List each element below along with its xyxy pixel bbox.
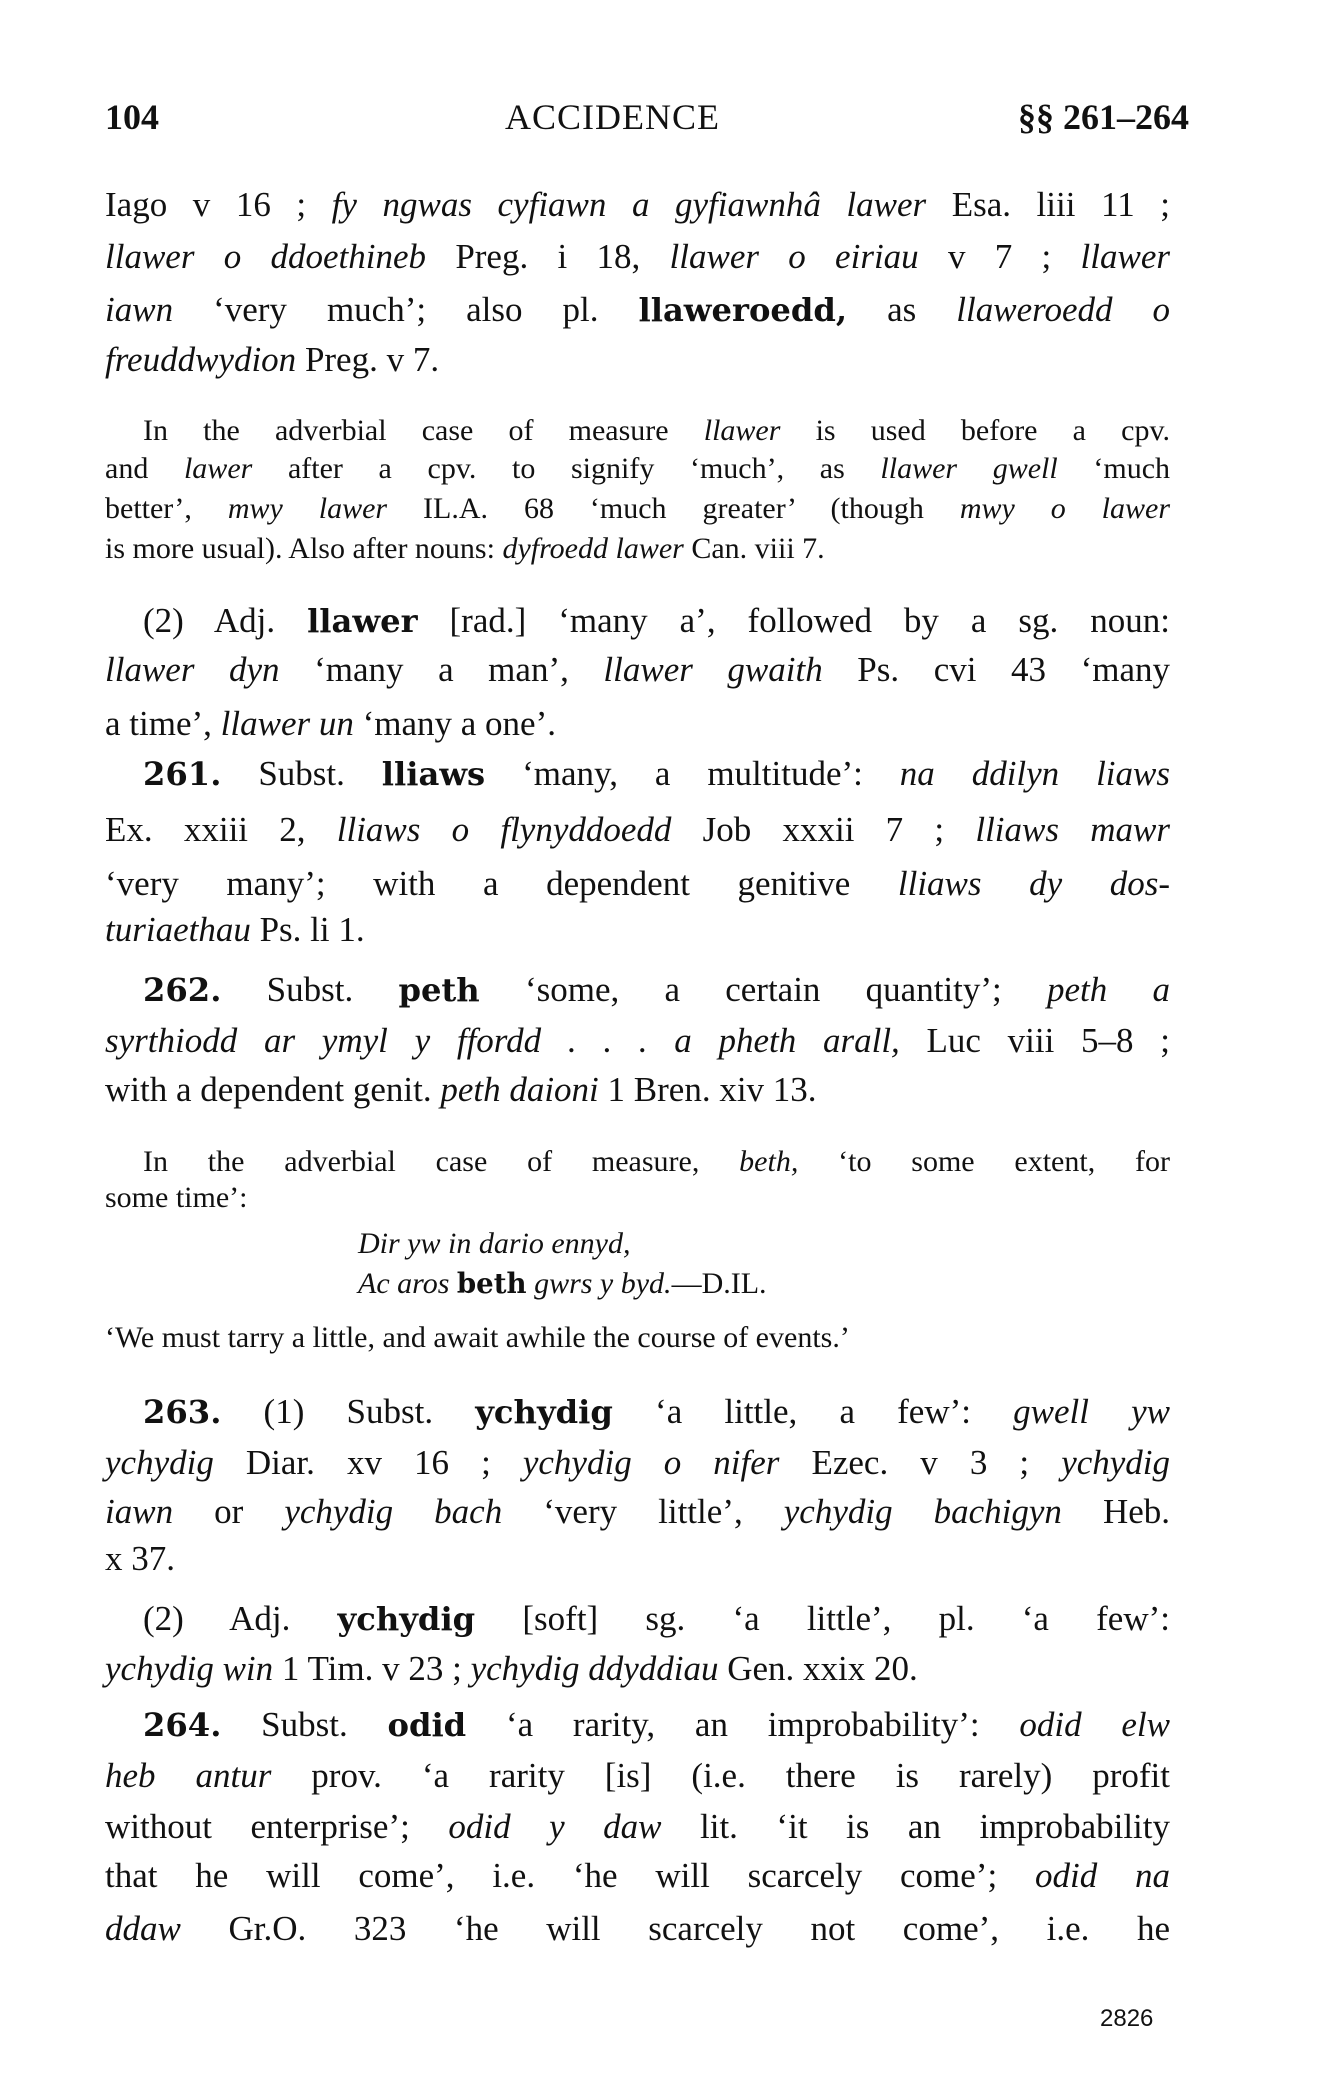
text-line: iawn or ychydig bach ‘very little’, ychy… xyxy=(105,1492,1170,1532)
italic-text: lliaws o flynyddoedd xyxy=(337,810,672,849)
italic-text: llawer un xyxy=(221,704,354,743)
roman-text: Preg. v 7. xyxy=(296,340,439,379)
text-line: that he will come’, i.e. ‘he will scarce… xyxy=(105,1856,1170,1896)
text-line: (2) Adj. llawer [rad.] ‘many a’, followe… xyxy=(105,601,1170,641)
roman-text: better’, xyxy=(105,492,228,525)
roman-text: or xyxy=(173,1492,284,1531)
section-range: §§ 261–264 xyxy=(1018,96,1189,138)
roman-text: Preg. i 18, xyxy=(426,237,670,276)
text-line: iawn ‘very much’; also pl. llaweroedd, a… xyxy=(105,290,1170,330)
italic-text: gwell yw xyxy=(1013,1392,1170,1431)
italic-text: ychydig ddyddiau xyxy=(471,1649,719,1688)
verse-line: Ac aros beth gwrs y byd.—D.IL. xyxy=(358,1267,767,1301)
text-line: In the adverbial case of measure llawer … xyxy=(105,414,1170,448)
roman-text: Heb. xyxy=(1062,1492,1170,1531)
italic-text: llaweroedd o xyxy=(956,290,1170,329)
text-line: x 37. xyxy=(105,1539,1170,1579)
roman-text: [rad.] ‘many a’, followed by a sg. noun: xyxy=(418,601,1170,640)
roman-text: Ezec. v 3 ; xyxy=(779,1443,1061,1482)
roman-text: Gr.O. 323 ‘he will scarcely not come’, i… xyxy=(181,1909,1170,1948)
italic-text: llawer dyn xyxy=(105,650,280,689)
roman-text: IL.A. 68 ‘much greater’ (though xyxy=(387,492,960,525)
italic-text: llawer o ddoethineb xyxy=(105,237,426,276)
roman-text: Subst. xyxy=(221,754,381,793)
italic-text: llawer o eiriau xyxy=(670,237,919,276)
roman-text: with a dependent genit. xyxy=(105,1070,440,1109)
italic-text: odid elw xyxy=(1019,1705,1170,1744)
italic-text: syrthiodd ar ymyl y ffordd . . . a pheth… xyxy=(105,1021,900,1060)
roman-text: Subst. xyxy=(221,970,398,1009)
italic-text: llawer gwaith xyxy=(603,650,822,689)
bold-text: 261. xyxy=(143,755,221,793)
roman-text: ‘much xyxy=(1058,452,1170,485)
roman-text: ‘to some extent, for xyxy=(798,1145,1170,1178)
italic-text: ddaw xyxy=(105,1909,181,1948)
italic-text: lawer xyxy=(184,452,252,485)
text-line: ychydig win 1 Tim. v 23 ; ychydig ddyddi… xyxy=(105,1649,1170,1689)
italic-text: odid y daw xyxy=(448,1807,661,1846)
text-line: 264. Subst. odid ‘a rarity, an improbabi… xyxy=(105,1705,1170,1745)
roman-text: is more usual). Also after nouns: xyxy=(105,532,502,565)
scan-id: 2826 xyxy=(1100,2005,1153,2033)
text-line: without enterprise’; odid y daw lit. ‘it… xyxy=(105,1807,1170,1847)
text-line: and lawer after a cpv. to signify ‘much’… xyxy=(105,452,1170,486)
roman-text: Gen. xxix 20. xyxy=(718,1649,917,1688)
roman-text: ‘a little, a few’: xyxy=(613,1392,1013,1431)
roman-text: ‘many, a multitude’: xyxy=(485,754,900,793)
italic-text: odid na xyxy=(1035,1856,1170,1895)
roman-text: Subst. xyxy=(221,1705,387,1744)
text-line: ddaw Gr.O. 323 ‘he will scarcely not com… xyxy=(105,1909,1170,1949)
bold-text: lliaws xyxy=(382,755,485,793)
roman-text: is used before a cpv. xyxy=(780,414,1170,447)
italic-text: peth daioni xyxy=(440,1070,598,1109)
bold-text: peth xyxy=(398,971,479,1009)
text-line: (2) Adj. ychydig [soft] sg. ‘a little’, … xyxy=(105,1599,1170,1639)
roman-text: Ps. cvi 43 ‘many xyxy=(823,650,1170,689)
verse-line: Dir yw in dario ennyd, xyxy=(358,1227,630,1261)
text-line: llawer dyn ‘many a man’, llawer gwaith P… xyxy=(105,650,1170,690)
roman-text: v 7 ; xyxy=(919,237,1081,276)
text-line: turiaethau Ps. li 1. xyxy=(105,910,1170,950)
italic-text: llawer xyxy=(704,414,781,447)
text-line: 262. Subst. peth ‘some, a certain quanti… xyxy=(105,970,1170,1010)
italic-text: lliaws mawr xyxy=(975,810,1170,849)
roman-text: that he will come’, i.e. ‘he will scarce… xyxy=(105,1856,1035,1895)
roman-text: without enterprise’; xyxy=(105,1807,448,1846)
italic-text: mwy o lawer xyxy=(960,492,1170,525)
roman-text: ‘many a one’. xyxy=(354,704,556,743)
bold-text: 264. xyxy=(143,1706,221,1744)
bold-text: beth xyxy=(457,1267,527,1300)
italic-text: llawer gwell xyxy=(880,452,1057,485)
roman-text: Can. viii 7. xyxy=(684,532,825,565)
italic-text: ychydig bach xyxy=(284,1492,502,1531)
italic-text: fy ngwas cyfiawn a gyfiawnhâ lawer xyxy=(332,185,926,224)
running-head: ACCIDENCE xyxy=(505,96,720,138)
roman-text: In the adverbial case of measure xyxy=(143,414,704,447)
text-line: syrthiodd ar ymyl y ffordd . . . a pheth… xyxy=(105,1021,1170,1061)
roman-text: lit. ‘it is an improbability xyxy=(661,1807,1170,1846)
roman-text: —D.IL. xyxy=(672,1267,767,1300)
bold-text: odid xyxy=(387,1706,466,1744)
italic-text: freuddwydion xyxy=(105,340,296,379)
page-number: 104 xyxy=(105,96,159,138)
bold-text: llawer xyxy=(307,602,417,640)
roman-text: a time’, xyxy=(105,704,221,743)
text-line: freuddwydion Preg. v 7. xyxy=(105,340,1170,380)
text-line: In the adverbial case of measure, beth, … xyxy=(105,1145,1170,1179)
italic-text: turiaethau xyxy=(105,910,251,949)
text-line: Ex. xxiii 2, lliaws o flynyddoedd Job xx… xyxy=(105,810,1170,850)
roman-text: ‘a rarity, an improbability’: xyxy=(466,1705,1019,1744)
italic-text: ychydig o nifer xyxy=(523,1443,780,1482)
text-line: better’, mwy lawer IL.A. 68 ‘much greate… xyxy=(105,492,1170,526)
text-line: 263. (1) Subst. ychydig ‘a little, a few… xyxy=(105,1392,1170,1432)
roman-text: Diar. xv 16 ; xyxy=(214,1443,523,1482)
italic-text: iawn xyxy=(105,1492,173,1531)
roman-text: In the adverbial case of measure, xyxy=(143,1145,739,1178)
roman-text: 1 Tim. v 23 ; xyxy=(273,1649,470,1688)
roman-text: Esa. liii 11 ; xyxy=(926,185,1170,224)
roman-text: ‘many a man’, xyxy=(280,650,604,689)
italic-text: heb antur xyxy=(105,1756,271,1795)
text-line: with a dependent genit. peth daioni 1 Br… xyxy=(105,1070,1170,1110)
italic-text: ychydig xyxy=(105,1443,214,1482)
italic-text: beth, xyxy=(739,1145,798,1178)
roman-text: ‘very little’, xyxy=(502,1492,784,1531)
italic-text: gwrs y byd. xyxy=(527,1267,672,1300)
roman-text: (2) Adj. xyxy=(143,601,307,640)
italic-text: na ddilyn liaws xyxy=(900,754,1170,793)
italic-text: lliaws dy dos- xyxy=(898,864,1170,903)
italic-text: Dir yw in dario ennyd, xyxy=(358,1227,630,1260)
text-line: llawer o ddoethineb Preg. i 18, llawer o… xyxy=(105,237,1170,277)
italic-text: llawer xyxy=(1081,237,1170,276)
roman-text: some time’: xyxy=(105,1181,247,1214)
italic-text: dyfroedd lawer xyxy=(502,532,683,565)
italic-text: ychydig bachigyn xyxy=(784,1492,1062,1531)
roman-text: and xyxy=(105,452,184,485)
text-line: 261. Subst. lliaws ‘many, a multitude’: … xyxy=(105,754,1170,794)
roman-text: ‘very many’; with a dependent genitive xyxy=(105,864,898,903)
italic-text: ychydig xyxy=(1061,1443,1170,1482)
roman-text: Job xxxii 7 ; xyxy=(671,810,975,849)
text-line: is more usual). Also after nouns: dyfroe… xyxy=(105,532,1170,566)
roman-text: ‘some, a certain quantity’; xyxy=(480,970,1047,1009)
roman-text: prov. ‘a rarity [is] (i.e. there is rare… xyxy=(271,1756,1170,1795)
roman-text: (2) Adj. xyxy=(143,1599,338,1638)
italic-text: iawn xyxy=(105,290,173,329)
text-line: heb antur prov. ‘a rarity [is] (i.e. the… xyxy=(105,1756,1170,1796)
roman-text: ‘We must tarry a little, and await awhil… xyxy=(105,1321,850,1354)
roman-text: x 37. xyxy=(105,1539,175,1578)
text-line: ‘We must tarry a little, and await awhil… xyxy=(105,1321,1170,1355)
bold-text: 263. xyxy=(143,1393,221,1431)
roman-text: (1) Subst. xyxy=(221,1392,475,1431)
bold-text: ychydig xyxy=(475,1393,613,1431)
roman-text: Ex. xxiii 2, xyxy=(105,810,337,849)
text-line: a time’, llawer un ‘many a one’. xyxy=(105,704,1170,744)
roman-text: Ps. li 1. xyxy=(251,910,365,949)
roman-text: [soft] sg. ‘a little’, pl. ‘a few’: xyxy=(475,1599,1170,1638)
bold-text: ychydig xyxy=(338,1600,476,1638)
italic-text: Ac aros xyxy=(358,1267,457,1300)
italic-text: mwy lawer xyxy=(228,492,387,525)
text-line: ychydig Diar. xv 16 ; ychydig o nifer Ez… xyxy=(105,1443,1170,1483)
bold-text: llaweroedd, xyxy=(638,291,847,329)
roman-text: Iago v 16 ; xyxy=(105,185,332,224)
italic-text: peth a xyxy=(1047,970,1170,1009)
roman-text: ‘very much’; also pl. xyxy=(173,290,638,329)
text-line: Iago v 16 ; fy ngwas cyfiawn a gyfiawnhâ… xyxy=(105,185,1170,225)
text-line: some time’: xyxy=(105,1181,1170,1215)
italic-text: ychydig win xyxy=(105,1649,273,1688)
roman-text: Luc viii 5–8 ; xyxy=(900,1021,1170,1060)
roman-text: after a cpv. to signify ‘much’, as xyxy=(252,452,880,485)
bold-text: 262. xyxy=(143,971,221,1009)
text-line: ‘very many’; with a dependent genitive l… xyxy=(105,864,1170,904)
roman-text: 1 Bren. xiv 13. xyxy=(599,1070,817,1109)
roman-text: as xyxy=(847,290,956,329)
